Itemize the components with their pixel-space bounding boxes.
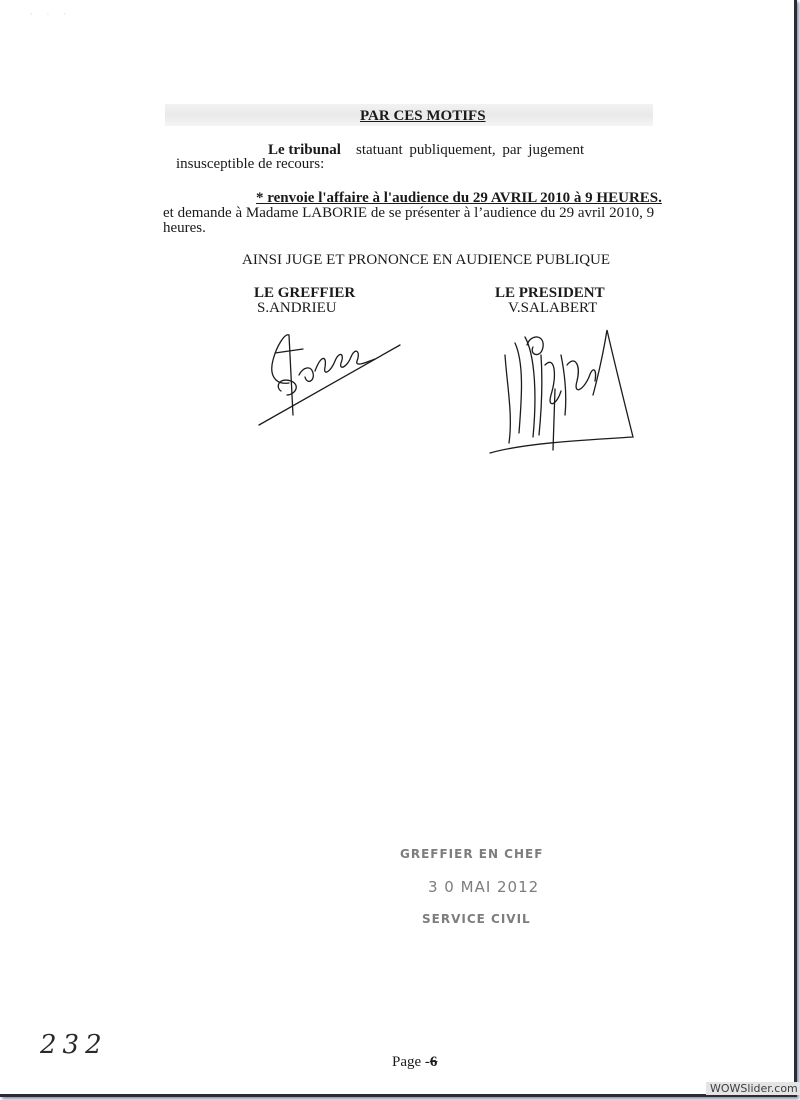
page-number: 6 <box>430 1054 438 1070</box>
closing-statement: AINSI JUGE ET PRONONCE EN AUDIENCE PUBLI… <box>242 252 610 268</box>
tribunal-text: statuant publiquement, par jugement <box>356 142 584 158</box>
stamp-date: 3 0 MAI 2012 <box>428 878 539 896</box>
greffier-name: S.ANDRIEU <box>257 300 337 316</box>
watermark: WOWSlider.com <box>706 1082 800 1095</box>
request-line-2: heures. <box>163 220 206 236</box>
request-line-1: et demande à Madame LABORIE de se présen… <box>163 205 654 221</box>
tribunal-text-continued: insusceptible de recours: <box>176 156 324 172</box>
greffier-signature <box>255 325 405 430</box>
president-name: V.SALABERT <box>508 300 597 316</box>
greffier-title: LE GREFFIER <box>254 285 355 301</box>
scan-marks: · · · <box>30 10 72 19</box>
page-footer: Page -6 <box>392 1054 437 1070</box>
page-label: Page - <box>392 1054 430 1070</box>
heading: PAR CES MOTIFS <box>360 108 486 124</box>
document-page: · · · PAR CES MOTIFS Le tribunal statuan… <box>0 0 797 1097</box>
stamp-service: SERVICE CIVIL <box>422 912 531 926</box>
stamp-title: GREFFIER EN CHEF <box>400 847 543 861</box>
handwritten-number: 232 <box>40 1030 108 1060</box>
president-signature <box>485 325 640 460</box>
decision-line: * renvoie l'affaire à l'audience du 29 A… <box>256 190 662 206</box>
president-title: LE PRESIDENT <box>495 285 605 301</box>
